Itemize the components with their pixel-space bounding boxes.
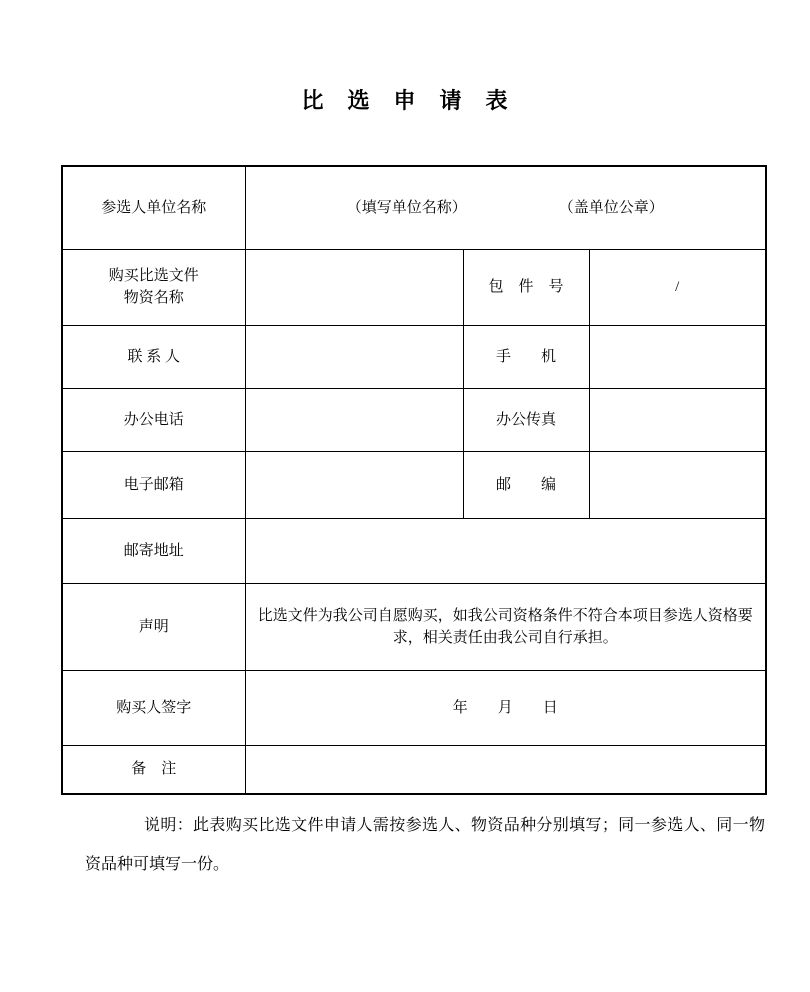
- row-office-phone: 办公电话 办公传真: [62, 388, 766, 451]
- label-declaration: 声明: [62, 583, 245, 670]
- field-contact-person[interactable]: [245, 325, 463, 388]
- label-document-material-name: 购买比选文件 物资名称: [62, 249, 245, 325]
- label-office-fax: 办公传真: [463, 388, 589, 451]
- field-document-material-name[interactable]: [245, 249, 463, 325]
- row-remarks: 备 注: [62, 745, 766, 794]
- field-mobile[interactable]: [589, 325, 766, 388]
- field-email[interactable]: [245, 451, 463, 518]
- label-mobile: 手 机: [463, 325, 589, 388]
- field-package-number[interactable]: /: [589, 249, 766, 325]
- field-buyer-signature[interactable]: 年 月 日: [245, 670, 766, 745]
- row-mailing-address: 邮寄地址: [62, 518, 766, 583]
- label-buyer-signature: 购买人签字: [62, 670, 245, 745]
- row-email: 电子邮箱 邮 编: [62, 451, 766, 518]
- row-contact: 联 系 人 手 机: [62, 325, 766, 388]
- field-postal-code[interactable]: [589, 451, 766, 518]
- field-mailing-address[interactable]: [245, 518, 766, 583]
- label-postal-code: 邮 编: [463, 451, 589, 518]
- label-email: 电子邮箱: [62, 451, 245, 518]
- label-contact-person: 联 系 人: [62, 325, 245, 388]
- document-page: 比 选 申 请 表 参选人单位名称 （填写单位名称） （盖单位公章） 购买比选文…: [0, 0, 810, 992]
- field-office-phone[interactable]: [245, 388, 463, 451]
- field-applicant-name[interactable]: （填写单位名称） （盖单位公章）: [245, 166, 766, 249]
- label-remarks: 备 注: [62, 745, 245, 794]
- label-package-number: 包 件 号: [463, 249, 589, 325]
- declaration-text: 比选文件为我公司自愿购买，如我公司资格条件不符合本项目参选人资格要求，相关责任由…: [245, 583, 766, 670]
- row-applicant: 参选人单位名称 （填写单位名称） （盖单位公章）: [62, 166, 766, 249]
- form-title: 比 选 申 请 表: [0, 84, 810, 115]
- hint-company-seal: （盖单位公章）: [559, 197, 664, 219]
- label-mailing-address: 邮寄地址: [62, 518, 245, 583]
- label-applicant-name: 参选人单位名称: [62, 166, 245, 249]
- applicant-hints: （填写单位名称） （盖单位公章）: [250, 197, 762, 219]
- field-office-fax[interactable]: [589, 388, 766, 451]
- row-document-material: 购买比选文件 物资名称 包 件 号 /: [62, 249, 766, 325]
- row-buyer-signature: 购买人签字 年 月 日: [62, 670, 766, 745]
- row-declaration: 声明 比选文件为我公司自愿购买，如我公司资格条件不符合本项目参选人资格要求，相关…: [62, 583, 766, 670]
- field-remarks[interactable]: [245, 745, 766, 794]
- footnote-instructions: 说明：此表购买比选文件申请人需按参选人、物资品种分别填写；同一参选人、同一物资品…: [85, 806, 765, 884]
- date-line: 年 月 日: [453, 700, 558, 716]
- hint-fill-company-name: （填写单位名称）: [347, 197, 467, 219]
- label-office-phone: 办公电话: [62, 388, 245, 451]
- application-form-table: 参选人单位名称 （填写单位名称） （盖单位公章） 购买比选文件 物资名称 包 件…: [61, 165, 767, 795]
